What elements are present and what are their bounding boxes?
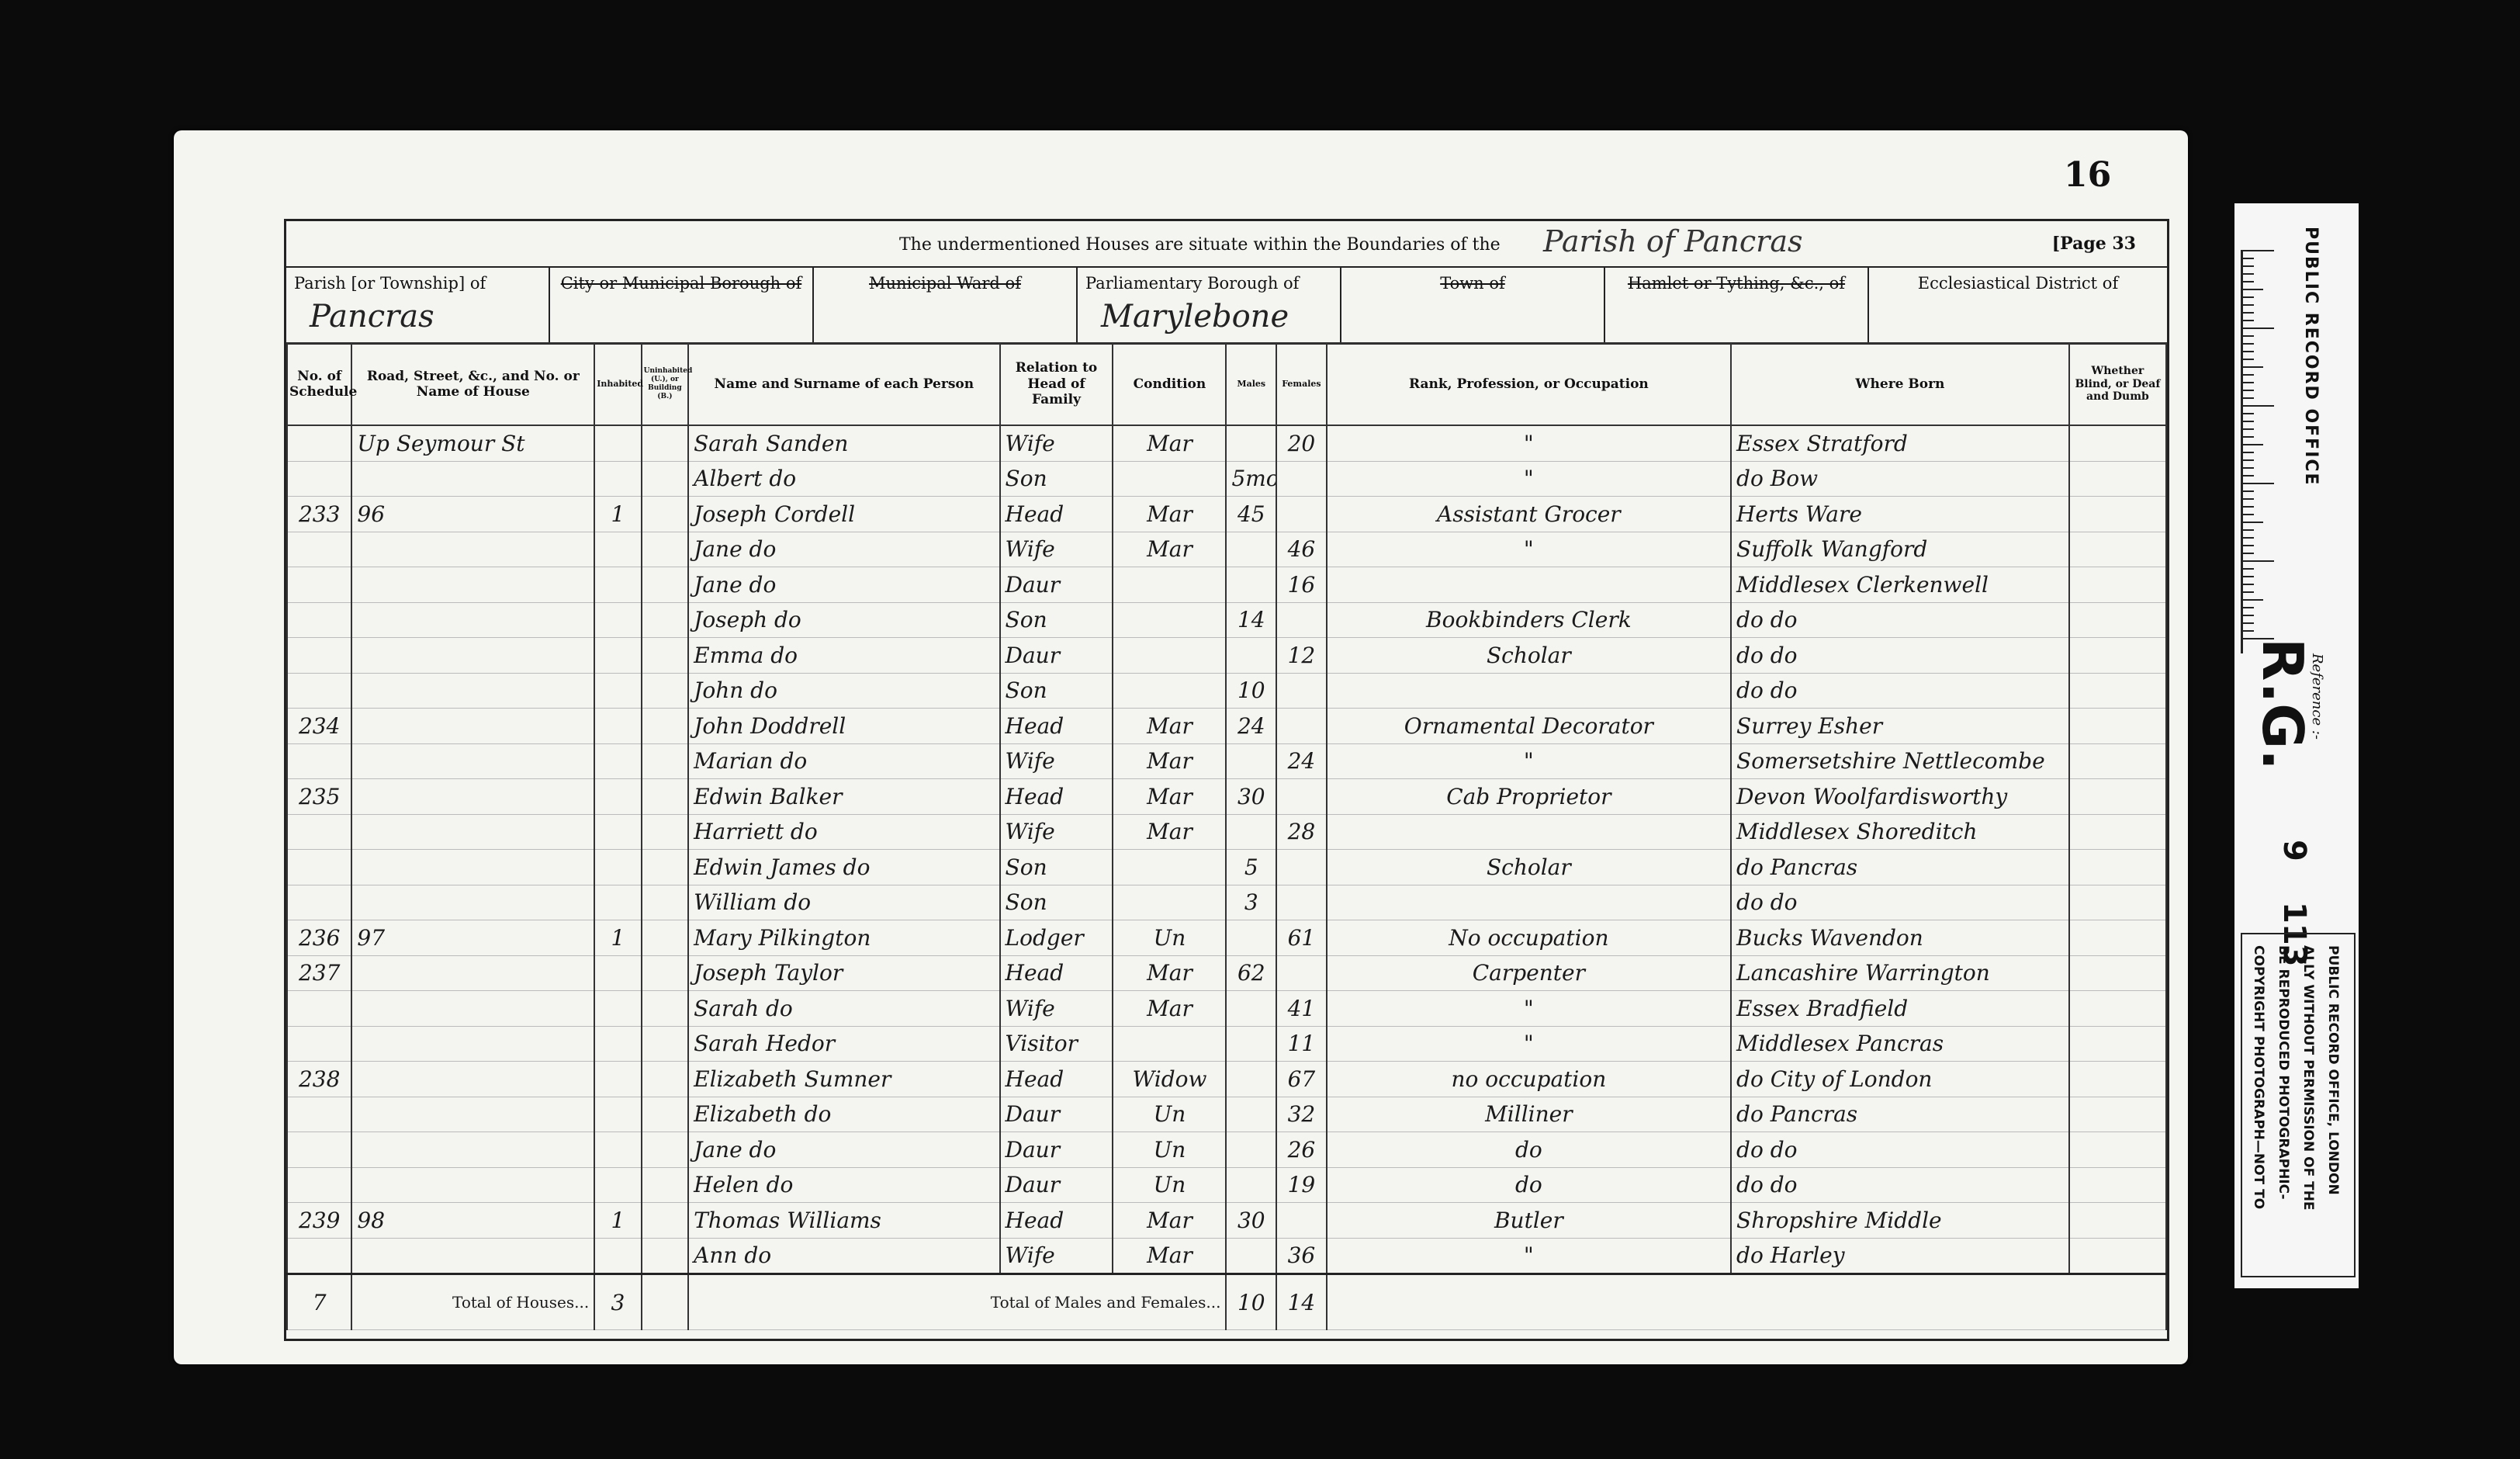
cell-blind	[2069, 779, 2166, 815]
table-row: Albert doSon5mo"do Bow	[287, 461, 2166, 497]
cell-inh	[594, 850, 641, 885]
cell-street: 98	[351, 1203, 594, 1239]
cell-name: Joseph Cordell	[688, 497, 999, 532]
cell-occ: Cab Proprietor	[1327, 779, 1731, 815]
cell-street	[351, 885, 594, 920]
cell-cond: Mar	[1113, 814, 1226, 850]
cell-occ: "	[1327, 425, 1731, 461]
table-row: 237Joseph TaylorHeadMar62CarpenterLancas…	[287, 955, 2166, 991]
cell-blind	[2069, 885, 2166, 920]
cell-m: 62	[1226, 955, 1276, 991]
cell-street	[351, 850, 594, 885]
cell-cond: Mar	[1113, 709, 1226, 744]
cell-street: Up Seymour St	[351, 425, 594, 461]
cell-m	[1226, 743, 1276, 779]
table-row: Harriett doWifeMar28Middlesex Shoreditch	[287, 814, 2166, 850]
cell-f	[1276, 497, 1327, 532]
cell-sched	[287, 532, 351, 567]
cell-street	[351, 743, 594, 779]
table-row: Sarah HedorVisitor11"Middlesex Pancras	[287, 1026, 2166, 1062]
cell-f: 12	[1276, 638, 1327, 674]
table-row: John doSon10do do	[287, 673, 2166, 709]
cell-rel: Head	[1000, 709, 1113, 744]
col-inhabited: Inhabited	[594, 343, 641, 425]
cell-rel: Daur	[1000, 1132, 1113, 1168]
location-ward: Municipal Ward of	[814, 266, 1078, 342]
cell-cond	[1113, 461, 1226, 497]
cell-blind	[2069, 673, 2166, 709]
cell-born: Devon Woolfardisworthy	[1731, 779, 2069, 815]
cell-m	[1226, 1167, 1276, 1203]
col-blind: Whether Blind, or Deaf and Dumb	[2069, 343, 2166, 425]
cell-occ	[1327, 567, 1731, 603]
cell-rel: Visitor	[1000, 1026, 1113, 1062]
cell-m: 45	[1226, 497, 1276, 532]
cell-blind	[2069, 425, 2166, 461]
table-row: Emma doDaur12Scholardo do	[287, 638, 2166, 674]
cell-f: 67	[1276, 1062, 1327, 1097]
cell-f: 32	[1276, 1097, 1327, 1132]
cell-rel: Wife	[1000, 532, 1113, 567]
cell-un	[642, 885, 688, 920]
cell-cond: Un	[1113, 920, 1226, 956]
cell-occ: Ornamental Decorator	[1327, 709, 1731, 744]
cell-name: Albert do	[688, 461, 999, 497]
cell-f: 26	[1276, 1132, 1327, 1168]
col-where-born: Where Born	[1731, 343, 2069, 425]
cell-un	[642, 991, 688, 1027]
cell-occ: do	[1327, 1167, 1731, 1203]
cell-blind	[2069, 497, 2166, 532]
cell-born: Middlesex Clerkenwell	[1731, 567, 2069, 603]
cell-blind	[2069, 709, 2166, 744]
cell-sched: 235	[287, 779, 351, 815]
cell-sched	[287, 743, 351, 779]
cell-un	[642, 1238, 688, 1274]
cell-sched	[287, 567, 351, 603]
cell-inh	[594, 1097, 641, 1132]
cell-m: 30	[1226, 1203, 1276, 1239]
cell-sched: 233	[287, 497, 351, 532]
cell-street: 97	[351, 920, 594, 956]
total-schedules: 7	[287, 1274, 351, 1330]
cell-born: Shropshire Middle	[1731, 1203, 2069, 1239]
cell-occ: no occupation	[1327, 1062, 1731, 1097]
cell-f	[1276, 1203, 1327, 1239]
cell-rel: Daur	[1000, 1097, 1113, 1132]
cell-inh	[594, 709, 641, 744]
cell-inh	[594, 1026, 641, 1062]
cell-occ	[1327, 885, 1731, 920]
cell-f: 28	[1276, 814, 1327, 850]
cell-rel: Wife	[1000, 991, 1113, 1027]
cell-sched	[287, 673, 351, 709]
cell-born: Bucks Wavendon	[1731, 920, 2069, 956]
cell-rel: Son	[1000, 850, 1113, 885]
series-code: R.G.	[2250, 638, 2315, 771]
cell-name: Joseph Taylor	[688, 955, 999, 991]
cell-inh	[594, 779, 641, 815]
cell-name: Mary Pilkington	[688, 920, 999, 956]
total-females: 14	[1276, 1274, 1327, 1330]
table-row: William doSon3do do	[287, 885, 2166, 920]
cell-m	[1226, 638, 1276, 674]
col-occupation: Rank, Profession, or Occupation	[1327, 343, 1731, 425]
cell-rel: Wife	[1000, 814, 1113, 850]
table-row: Jane doDaurUn26dodo do	[287, 1132, 2166, 1168]
cell-sched: 239	[287, 1203, 351, 1239]
cell-f	[1276, 885, 1327, 920]
total-males: 10	[1226, 1274, 1276, 1330]
cell-un	[642, 1026, 688, 1062]
cell-street	[351, 1097, 594, 1132]
cell-sched	[287, 1026, 351, 1062]
table-row: 239981Thomas WilliamsHeadMar30ButlerShro…	[287, 1203, 2166, 1239]
cell-un	[642, 1132, 688, 1168]
cell-f	[1276, 709, 1327, 744]
col-males: Males	[1226, 343, 1276, 425]
cell-m	[1226, 1062, 1276, 1097]
cell-inh	[594, 532, 641, 567]
census-rows: Up Seymour StSarah SandenWifeMar20"Essex…	[287, 425, 2166, 1274]
cell-sched: 237	[287, 955, 351, 991]
cell-occ: "	[1327, 743, 1731, 779]
cell-sched	[287, 1238, 351, 1274]
cell-cond: Mar	[1113, 779, 1226, 815]
cell-un	[642, 497, 688, 532]
boundary-value: Parish of Pancras	[1543, 224, 1803, 258]
cell-street	[351, 1238, 594, 1274]
cell-street	[351, 1132, 594, 1168]
cell-rel: Wife	[1000, 425, 1113, 461]
cell-occ: Assistant Grocer	[1327, 497, 1731, 532]
cell-f: 41	[1276, 991, 1327, 1027]
cell-m: 5mo	[1226, 461, 1276, 497]
cell-born: Essex Stratford	[1731, 425, 2069, 461]
cell-rel: Son	[1000, 602, 1113, 638]
cell-rel: Daur	[1000, 567, 1113, 603]
cell-f: 36	[1276, 1238, 1327, 1274]
cell-street	[351, 532, 594, 567]
cell-rel: Daur	[1000, 638, 1113, 674]
cell-m: 24	[1226, 709, 1276, 744]
table-row: Up Seymour StSarah SandenWifeMar20"Essex…	[287, 425, 2166, 461]
cell-inh	[594, 991, 641, 1027]
col-females: Females	[1276, 343, 1327, 425]
cell-m	[1226, 1026, 1276, 1062]
cell-sched: 236	[287, 920, 351, 956]
cell-cond	[1113, 638, 1226, 674]
cell-un	[642, 1167, 688, 1203]
cell-name: John Doddrell	[688, 709, 999, 744]
cell-m: 30	[1226, 779, 1276, 815]
location-borough: City or Municipal Borough of	[550, 266, 814, 342]
cell-sched	[287, 602, 351, 638]
cell-name: Jane do	[688, 1132, 999, 1168]
ruler-scale	[2241, 250, 2290, 653]
cell-occ: Scholar	[1327, 850, 1731, 885]
totals-row: 7 Total of Houses... 3 Total of Males an…	[287, 1274, 2166, 1330]
cell-cond: Widow	[1113, 1062, 1226, 1097]
cell-blind	[2069, 1062, 2166, 1097]
page-label: [Page 33	[2052, 234, 2136, 254]
cell-inh	[594, 673, 641, 709]
location-ecclesiastical: Ecclesiastical District of	[1869, 266, 2167, 342]
cell-blind	[2069, 1097, 2166, 1132]
cell-m	[1226, 814, 1276, 850]
cell-rel: Daur	[1000, 1167, 1113, 1203]
cell-blind	[2069, 638, 2166, 674]
cell-name: Emma do	[688, 638, 999, 674]
cell-blind	[2069, 567, 2166, 603]
cell-blind	[2069, 1132, 2166, 1168]
cell-occ: Butler	[1327, 1203, 1731, 1239]
cell-born: do City of London	[1731, 1062, 2069, 1097]
cell-occ: Milliner	[1327, 1097, 1731, 1132]
cell-born: Middlesex Shoreditch	[1731, 814, 2069, 850]
cell-occ: No occupation	[1327, 920, 1731, 956]
cell-cond	[1113, 567, 1226, 603]
cell-name: Ann do	[688, 1238, 999, 1274]
cell-occ: "	[1327, 532, 1731, 567]
cell-occ: "	[1327, 1026, 1731, 1062]
cell-blind	[2069, 1026, 2166, 1062]
col-street: Road, Street, &c., and No. or Name of Ho…	[351, 343, 594, 425]
cell-name: Edwin James do	[688, 850, 999, 885]
cell-inh	[594, 743, 641, 779]
cell-cond: Mar	[1113, 955, 1226, 991]
cell-m	[1226, 1238, 1276, 1274]
cell-inh	[594, 814, 641, 850]
cell-un	[642, 461, 688, 497]
location-town: Town of	[1341, 266, 1605, 342]
cell-f	[1276, 850, 1327, 885]
reference-strip: PUBLIC RECORD OFFICE R.G. Reference :- 9…	[2234, 203, 2359, 1288]
location-row: Parish [or Township] ofPancras City or M…	[286, 266, 2167, 345]
cell-m	[1226, 1132, 1276, 1168]
cell-street	[351, 814, 594, 850]
cell-occ	[1327, 673, 1731, 709]
col-condition: Condition	[1113, 343, 1226, 425]
cell-rel: Head	[1000, 497, 1113, 532]
cell-sched	[287, 1167, 351, 1203]
cell-sched	[287, 1132, 351, 1168]
cell-blind	[2069, 602, 2166, 638]
cell-cond: Mar	[1113, 1238, 1226, 1274]
cell-un	[642, 425, 688, 461]
cell-un	[642, 1097, 688, 1132]
cell-un	[642, 743, 688, 779]
cell-inh	[594, 425, 641, 461]
table-row: Jane doWifeMar46"Suffolk Wangford	[287, 532, 2166, 567]
cell-occ: Bookbinders Clerk	[1327, 602, 1731, 638]
cell-occ: Carpenter	[1327, 955, 1731, 991]
cell-name: Thomas Williams	[688, 1203, 999, 1239]
reference-label: Reference :-	[2309, 653, 2325, 740]
cell-m	[1226, 1097, 1276, 1132]
piece-number: 9	[2276, 840, 2312, 861]
cell-born: do Harley	[1731, 1238, 2069, 1274]
cell-m	[1226, 920, 1276, 956]
cell-inh: 1	[594, 920, 641, 956]
table-row: Elizabeth doDaurUn32Millinerdo Pancras	[287, 1097, 2166, 1132]
cell-m	[1226, 991, 1276, 1027]
location-parliamentary: Parliamentary Borough ofMarylebone	[1078, 266, 1341, 342]
cell-inh	[594, 1062, 641, 1097]
cell-street	[351, 673, 594, 709]
table-row: Edwin James doSon5Scholardo Pancras	[287, 850, 2166, 885]
cell-f	[1276, 461, 1327, 497]
cell-rel: Son	[1000, 885, 1113, 920]
cell-inh	[594, 638, 641, 674]
cell-f	[1276, 673, 1327, 709]
cell-m	[1226, 425, 1276, 461]
cell-born: Herts Ware	[1731, 497, 2069, 532]
column-headers: No. of Schedule Road, Street, &c., and N…	[287, 343, 2166, 425]
census-table-wrap: No. of Schedule Road, Street, &c., and N…	[286, 342, 2167, 1330]
cell-rel: Lodger	[1000, 920, 1113, 956]
cell-born: Surrey Esher	[1731, 709, 2069, 744]
cell-cond: Mar	[1113, 991, 1226, 1027]
total-persons-label: Total of Males and Females...	[688, 1274, 1226, 1330]
cell-blind	[2069, 814, 2166, 850]
cell-occ: Scholar	[1327, 638, 1731, 674]
cell-born: Essex Bradfield	[1731, 991, 2069, 1027]
cell-occ: "	[1327, 991, 1731, 1027]
office-label: PUBLIC RECORD OFFICE	[2293, 219, 2348, 622]
cell-blind	[2069, 461, 2166, 497]
cell-inh: 1	[594, 1203, 641, 1239]
cell-cond: Mar	[1113, 532, 1226, 567]
location-hamlet: Hamlet or Tything, &c., of	[1605, 266, 1869, 342]
cell-inh	[594, 885, 641, 920]
cell-blind	[2069, 991, 2166, 1027]
cell-sched	[287, 638, 351, 674]
cell-inh: 1	[594, 497, 641, 532]
cell-cond: Un	[1113, 1132, 1226, 1168]
cell-rel: Head	[1000, 1203, 1113, 1239]
cell-sched	[287, 885, 351, 920]
total-houses-value: 3	[594, 1274, 641, 1330]
copyright-notice: COPYRIGHT PHOTOGRAPH—NOT TO BE REPRODUCE…	[2241, 933, 2356, 1277]
cell-street	[351, 991, 594, 1027]
cell-m: 3	[1226, 885, 1276, 920]
cell-born: do Bow	[1731, 461, 2069, 497]
cell-cond	[1113, 602, 1226, 638]
cell-name: Sarah do	[688, 991, 999, 1027]
cell-cond	[1113, 1026, 1226, 1062]
table-row: Ann doWifeMar36"do Harley	[287, 1238, 2166, 1274]
cell-born: do do	[1731, 602, 2069, 638]
page-number: 16	[2064, 155, 2111, 195]
cell-blind	[2069, 532, 2166, 567]
cell-f: 61	[1276, 920, 1327, 956]
cell-f	[1276, 779, 1327, 815]
cell-street	[351, 1167, 594, 1203]
cell-un	[642, 602, 688, 638]
cell-un	[642, 850, 688, 885]
cell-f: 11	[1276, 1026, 1327, 1062]
boundary-line: The undermentioned Houses are situate wi…	[286, 221, 2167, 268]
cell-un	[642, 814, 688, 850]
cell-sched	[287, 814, 351, 850]
table-row: Joseph doSon14Bookbinders Clerkdo do	[287, 602, 2166, 638]
cell-rel: Wife	[1000, 743, 1113, 779]
total-houses-label: Total of Houses...	[351, 1274, 594, 1330]
cell-f: 19	[1276, 1167, 1327, 1203]
cell-occ	[1327, 814, 1731, 850]
cell-un	[642, 567, 688, 603]
cell-name: Edwin Balker	[688, 779, 999, 815]
cell-rel: Son	[1000, 673, 1113, 709]
cell-born: do do	[1731, 1167, 2069, 1203]
col-schedule: No. of Schedule	[287, 343, 351, 425]
cell-street	[351, 709, 594, 744]
cell-un	[642, 779, 688, 815]
cell-inh	[594, 567, 641, 603]
cell-un	[642, 955, 688, 991]
cell-un	[642, 920, 688, 956]
cell-rel: Son	[1000, 461, 1113, 497]
cell-inh	[594, 1167, 641, 1203]
cell-name: Sarah Hedor	[688, 1026, 999, 1062]
cell-f	[1276, 602, 1327, 638]
cell-name: Jane do	[688, 532, 999, 567]
cell-un	[642, 709, 688, 744]
cell-inh	[594, 1238, 641, 1274]
cell-blind	[2069, 1167, 2166, 1203]
cell-name: Sarah Sanden	[688, 425, 999, 461]
cell-f: 20	[1276, 425, 1327, 461]
cell-cond: Mar	[1113, 1203, 1226, 1239]
cell-m: 5	[1226, 850, 1276, 885]
cell-name: Elizabeth do	[688, 1097, 999, 1132]
cell-born: do do	[1731, 885, 2069, 920]
cell-cond: Un	[1113, 1097, 1226, 1132]
cell-un	[642, 673, 688, 709]
cell-m: 14	[1226, 602, 1276, 638]
cell-street	[351, 955, 594, 991]
table-row: 235Edwin BalkerHeadMar30Cab ProprietorDe…	[287, 779, 2166, 815]
census-form: The undermentioned Houses are situate wi…	[284, 219, 2169, 1341]
cell-inh	[594, 1132, 641, 1168]
table-row: Helen doDaurUn19dodo do	[287, 1167, 2166, 1203]
cell-born: do Pancras	[1731, 850, 2069, 885]
cell-name: Helen do	[688, 1167, 999, 1203]
cell-street	[351, 602, 594, 638]
cell-street	[351, 638, 594, 674]
cell-rel: Head	[1000, 955, 1113, 991]
cell-occ: "	[1327, 1238, 1731, 1274]
cell-name: Marian do	[688, 743, 999, 779]
cell-name: Elizabeth Sumner	[688, 1062, 999, 1097]
cell-name: William do	[688, 885, 999, 920]
cell-name: Harriett do	[688, 814, 999, 850]
cell-sched	[287, 461, 351, 497]
cell-born: do do	[1731, 638, 2069, 674]
cell-street	[351, 1062, 594, 1097]
cell-un	[642, 1203, 688, 1239]
cell-f: 24	[1276, 743, 1327, 779]
cell-sched	[287, 850, 351, 885]
cell-rel: Head	[1000, 779, 1113, 815]
cell-cond	[1113, 850, 1226, 885]
cell-blind	[2069, 1238, 2166, 1274]
cell-un	[642, 638, 688, 674]
cell-blind	[2069, 743, 2166, 779]
cell-name: Joseph do	[688, 602, 999, 638]
cell-cond	[1113, 885, 1226, 920]
